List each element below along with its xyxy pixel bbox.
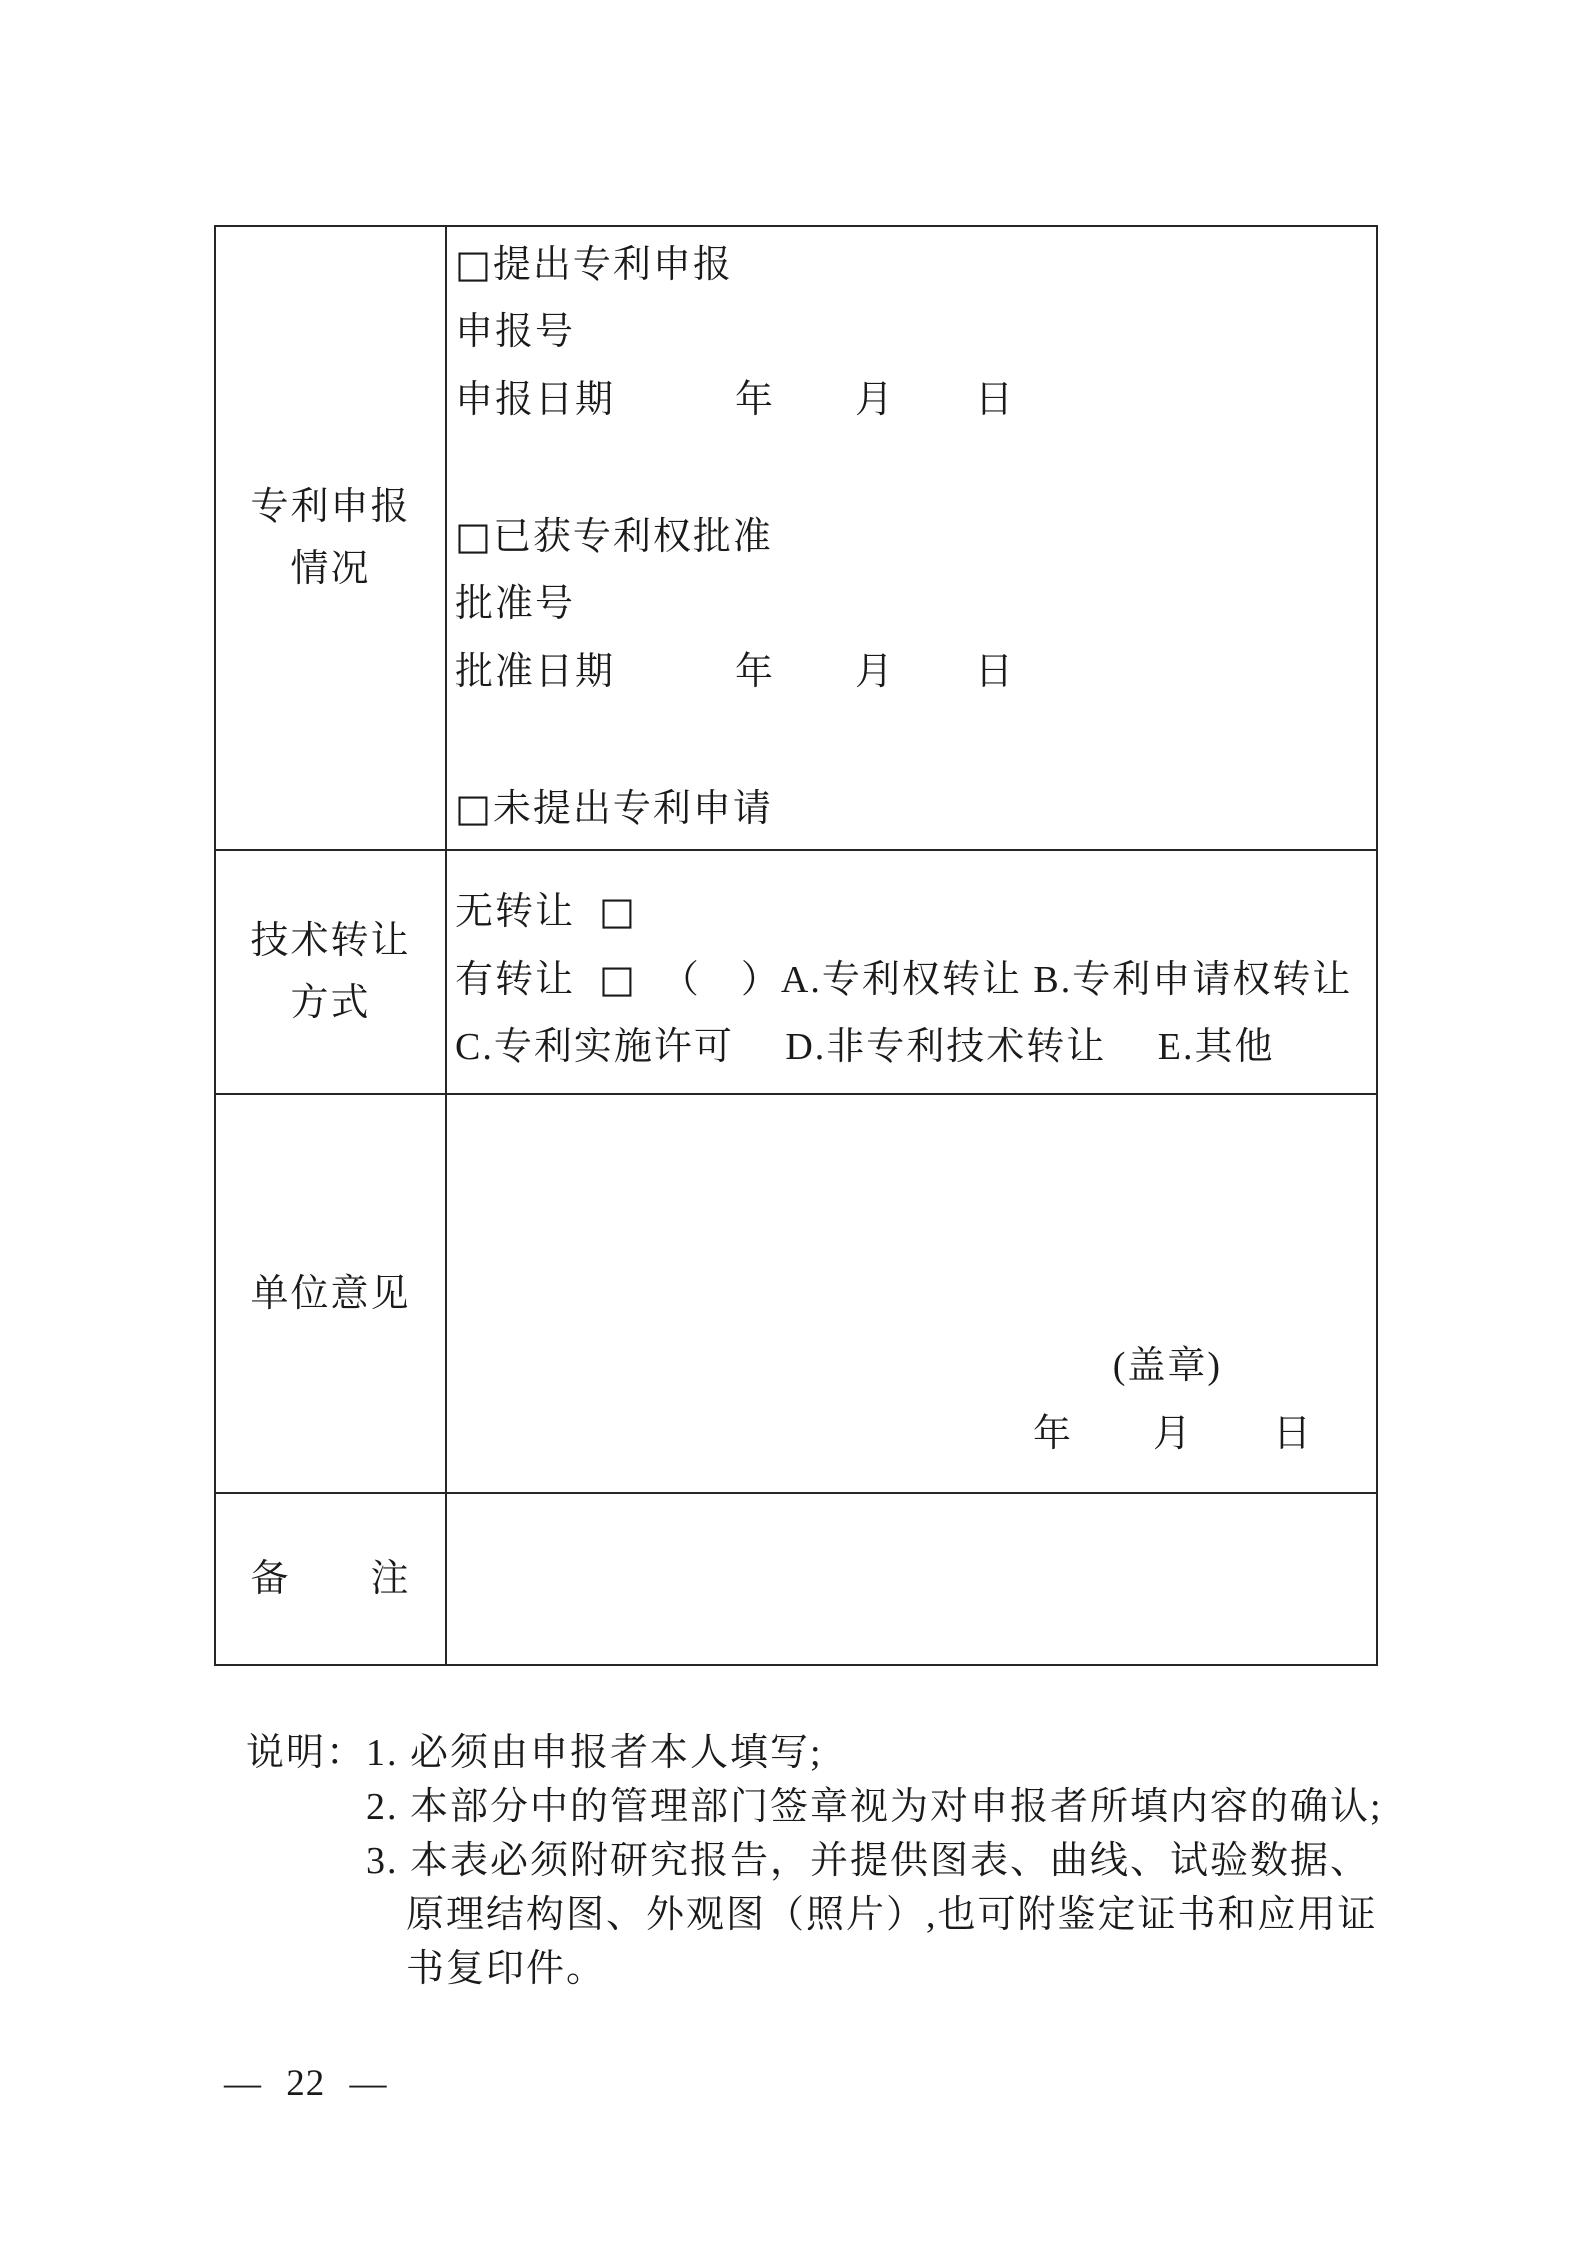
seal-placeholder: (盖章) xyxy=(455,1332,1368,1400)
filing-number-label: 申报号 xyxy=(455,298,1368,366)
has-transfer-label: 有转让 xyxy=(455,959,575,1001)
no-transfer-label: 无转让 xyxy=(455,891,575,933)
patent-status-label-line1: 专利申报 xyxy=(250,476,410,538)
patent-status-content-cell: □提出专利申报 申报号 申报日期 年 月 日 □已获专利权批准 批准号 批准日期… xyxy=(447,227,1376,851)
patent-form-table: 专利申报 情况 □提出专利申报 申报号 申报日期 年 月 日 □已获专利权批准 … xyxy=(214,225,1378,1666)
notes-section: 说明： 1. 必须由申报者本人填写; 2. 本部分中的管理部门签章视为对申报者所… xyxy=(246,1726,1426,1996)
filing-date-label: 申报日期 年 月 日 xyxy=(455,366,1368,434)
document-page: 专利申报 情况 □提出专利申报 申报号 申报日期 年 月 日 □已获专利权批准 … xyxy=(0,0,1586,2245)
remarks-label: 备 注 xyxy=(250,1548,410,1610)
no-transfer-option: 无转让□ xyxy=(455,877,1368,945)
note-item-1: 1. 必须由申报者本人填写; xyxy=(366,1726,1426,1780)
checkbox-icon: □ xyxy=(455,514,493,558)
patent-filed-label: 提出专利申报 xyxy=(493,244,733,286)
note-item-2: 2. 本部分中的管理部门签章视为对申报者所填内容的确认; xyxy=(366,1780,1426,1834)
grant-number-label: 批准号 xyxy=(455,570,1368,638)
page-number: — 22 — xyxy=(224,2062,388,2106)
transfer-method-label-cell: 技术转让 方式 xyxy=(216,851,447,1095)
patent-granted-option: □已获专利权批准 xyxy=(455,502,1368,570)
checkbox-icon: □ xyxy=(455,786,493,830)
checkbox-icon: □ xyxy=(455,242,493,286)
patent-granted-label: 已获专利权批准 xyxy=(493,516,773,558)
patent-filed-option: □提出专利申报 xyxy=(455,230,1368,298)
patent-status-label-line2: 情况 xyxy=(290,538,370,600)
unit-opinion-label-cell: 单位意见 xyxy=(216,1095,447,1494)
transfer-method-label-line1: 技术转让 xyxy=(250,910,410,972)
note-item-3-line3: 书复印件。 xyxy=(366,1942,1426,1996)
opinion-date-line: 年 月 日 xyxy=(455,1400,1368,1468)
notes-items: 1. 必须由申报者本人填写; 2. 本部分中的管理部门签章视为对申报者所填内容的… xyxy=(366,1726,1426,1996)
spacer-line xyxy=(455,434,1368,502)
transfer-method-content-cell: 无转让□ 有转让□（ ）A.专利权转让 B.专利申请权转让 C.专利实施许可 D… xyxy=(447,851,1376,1095)
notes-prefix: 说明： xyxy=(246,1726,366,1780)
patent-not-filed-label: 未提出专利申请 xyxy=(493,788,773,830)
unit-opinion-content-cell: (盖章) 年 月 日 xyxy=(447,1095,1376,1494)
checkbox-icon: □ xyxy=(599,889,637,933)
has-transfer-options-ab: （ ）A.专利权转让 B.专利申请权转让 xyxy=(661,959,1352,1001)
remarks-content-cell xyxy=(447,1494,1376,1664)
transfer-method-label-line2: 方式 xyxy=(290,972,370,1034)
checkbox-icon: □ xyxy=(599,957,637,1001)
note-item-3-line2: 原理结构图、外观图（照片）,也可附鉴定证书和应用证 xyxy=(366,1888,1426,1942)
grant-date-label: 批准日期 年 月 日 xyxy=(455,638,1368,706)
remarks-label-cell: 备 注 xyxy=(216,1494,447,1664)
spacer-line xyxy=(455,706,1368,774)
patent-status-label-cell: 专利申报 情况 xyxy=(216,227,447,851)
note-item-3-line1: 3. 本表必须附研究报告，并提供图表、曲线、试验数据、 xyxy=(366,1834,1426,1888)
has-transfer-option: 有转让□（ ）A.专利权转让 B.专利申请权转让 xyxy=(455,945,1368,1013)
patent-not-filed-option: □未提出专利申请 xyxy=(455,774,1368,842)
unit-opinion-label: 单位意见 xyxy=(250,1263,410,1325)
transfer-options-cde: C.专利实施许可 D.非专利技术转让 E.其他 xyxy=(455,1013,1368,1081)
